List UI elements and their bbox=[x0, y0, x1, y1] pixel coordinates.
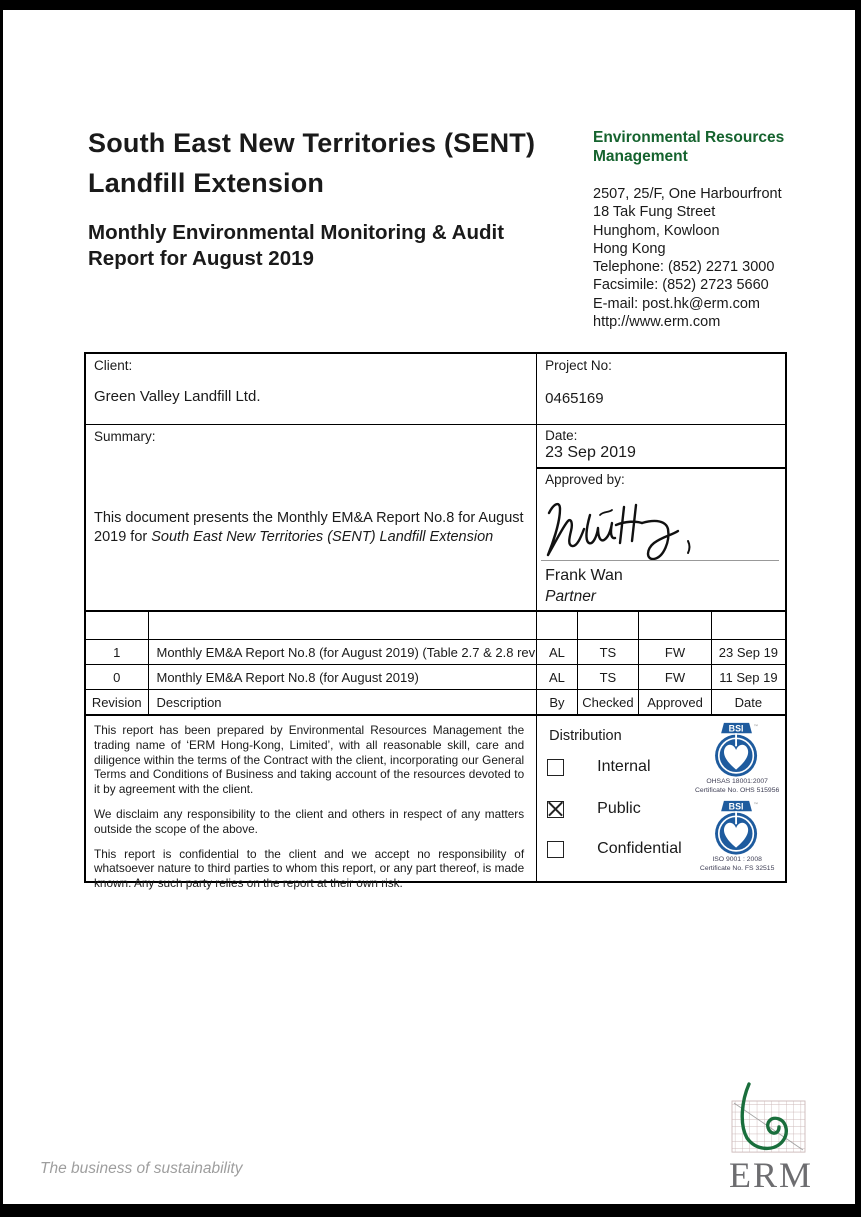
distribution-option-confidential: Confidential bbox=[547, 840, 682, 858]
erm-logo-text: ERM bbox=[729, 1155, 813, 1195]
bsi-logo-icon: BSI ™ bbox=[708, 722, 766, 778]
revision-by: AL bbox=[536, 664, 577, 689]
cert-number: Certificate No. FS 32515 bbox=[692, 865, 782, 874]
summary-text-italic: South East New Territories (SENT) Landfi… bbox=[151, 529, 493, 545]
info-table: Client: Green Valley Landfill Ltd. Proje… bbox=[84, 352, 787, 883]
signature-rule bbox=[541, 560, 779, 561]
empty-cell bbox=[577, 612, 639, 639]
revision-checked: TS bbox=[577, 664, 639, 689]
project-no-value: 0465169 bbox=[545, 390, 777, 407]
disclaimer-paragraph-3: This report is confidential to the clien… bbox=[94, 847, 524, 891]
title-line-1: South East New Territories (SENT) bbox=[88, 123, 568, 163]
date-value: 23 Sep 2019 bbox=[545, 444, 777, 462]
header-by: By bbox=[536, 689, 577, 714]
address-line: 2507, 25/F, One Harbourfront bbox=[593, 185, 833, 203]
fax-line: Facsimile: (852) 2723 5660 bbox=[593, 276, 833, 294]
confidential-checkbox[interactable] bbox=[547, 841, 564, 858]
revision-date: 23 Sep 19 bbox=[711, 639, 785, 664]
erm-logo: ERM bbox=[713, 1068, 828, 1196]
date-cell: Date: 23 Sep 2019 bbox=[537, 425, 785, 467]
revision-approved: FW bbox=[638, 639, 711, 664]
approver-name: Frank Wan bbox=[545, 567, 623, 585]
distribution-option-public: Public bbox=[547, 800, 641, 818]
svg-text:™: ™ bbox=[754, 724, 758, 729]
cert-standard: OHSAS 18001:2007 bbox=[692, 778, 782, 787]
summary-text: This document presents the Monthly EM&A … bbox=[94, 509, 534, 547]
summary-cell: Summary: This document presents the Mont… bbox=[86, 425, 536, 610]
cert-number: Certificate No. OHS 515956 bbox=[692, 787, 782, 796]
signature-image bbox=[541, 489, 701, 571]
subtitle-line-2: Report for August 2019 bbox=[88, 246, 568, 272]
client-value: Green Valley Landfill Ltd. bbox=[94, 388, 528, 405]
title-line-2: Landfill Extension bbox=[88, 163, 568, 203]
header-checked: Checked bbox=[577, 689, 639, 714]
header-approved: Approved bbox=[638, 689, 711, 714]
empty-cell bbox=[148, 612, 537, 639]
empty-cell bbox=[711, 612, 785, 639]
empty-cell bbox=[638, 612, 711, 639]
company-block: Environmental Resources Management 2507,… bbox=[593, 129, 833, 331]
empty-cell bbox=[86, 612, 148, 639]
svg-text:BSI: BSI bbox=[729, 801, 744, 811]
phone-line: Telephone: (852) 2271 3000 bbox=[593, 258, 833, 276]
cert-standard: ISO 9001 : 2008 bbox=[692, 856, 782, 865]
client-cell: Client: Green Valley Landfill Ltd. bbox=[86, 354, 536, 424]
internal-checkbox[interactable] bbox=[547, 759, 564, 776]
disclaimer-paragraph-2: We disclaim any responsibility to the cl… bbox=[94, 807, 524, 837]
date-approval-stack: Date: 23 Sep 2019 Approved by: bbox=[536, 425, 785, 610]
disclaimer-distribution-row: This report has been prepared by Environ… bbox=[86, 714, 785, 881]
svg-text:™: ™ bbox=[754, 802, 758, 807]
revision-by: AL bbox=[536, 639, 577, 664]
document-page: South East New Territories (SENT) Landfi… bbox=[3, 10, 855, 1204]
public-checkbox-checked[interactable] bbox=[547, 801, 564, 818]
revision-table: 1 Monthly EM&A Report No.8 (for August 2… bbox=[86, 610, 785, 714]
company-name: Environmental Resources Management bbox=[593, 129, 833, 166]
revision-number: 1 bbox=[86, 639, 148, 664]
bsi-certification-badge-ohsas: BSI ™ OHSAS 18001:2007 Certificate No. O… bbox=[692, 722, 782, 795]
company-name-line-1: Environmental Resources bbox=[593, 129, 833, 148]
approved-by-cell: Approved by: Frank Wan Partner bbox=[537, 467, 785, 610]
public-label: Public bbox=[597, 800, 641, 818]
report-subtitle: Monthly Environmental Monitoring & Audit… bbox=[88, 220, 568, 272]
revision-number: 0 bbox=[86, 664, 148, 689]
approver-title: Partner bbox=[545, 588, 596, 606]
bsi-certification-badge-iso: BSI ™ ISO 9001 : 2008 Certificate No. FS… bbox=[692, 800, 782, 873]
bsi-logo-icon: BSI ™ bbox=[708, 800, 766, 856]
distribution-label: Distribution bbox=[549, 728, 622, 744]
header-revision: Revision bbox=[86, 689, 148, 714]
address-line: Hunghom, Kowloon bbox=[593, 222, 833, 240]
company-address: 2507, 25/F, One Harbourfront 18 Tak Fung… bbox=[593, 185, 833, 331]
revision-date: 11 Sep 19 bbox=[711, 664, 785, 689]
date-label: Date: bbox=[545, 428, 777, 443]
project-no-label: Project No: bbox=[545, 358, 777, 373]
website-line: http://www.erm.com bbox=[593, 313, 833, 331]
revision-description: Monthly EM&A Report No.8 (for August 201… bbox=[148, 664, 537, 689]
header-date: Date bbox=[711, 689, 785, 714]
approved-by-label: Approved by: bbox=[545, 472, 777, 487]
revision-checked: TS bbox=[577, 639, 639, 664]
disclaimer-paragraph-1: This report has been prepared by Environ… bbox=[94, 723, 524, 797]
page-title: South East New Territories (SENT) Landfi… bbox=[88, 123, 568, 203]
company-name-line-2: Management bbox=[593, 148, 833, 167]
summary-approval-row: Summary: This document presents the Mont… bbox=[86, 424, 785, 610]
address-line: Hong Kong bbox=[593, 240, 833, 258]
revision-approved: FW bbox=[638, 664, 711, 689]
email-line: E-mail: post.hk@erm.com bbox=[593, 295, 833, 313]
project-no-cell: Project No: 0465169 bbox=[536, 354, 785, 424]
internal-label: Internal bbox=[597, 758, 650, 776]
address-line: 18 Tak Fung Street bbox=[593, 203, 833, 221]
subtitle-line-1: Monthly Environmental Monitoring & Audit bbox=[88, 220, 568, 246]
company-tagline: The business of sustainability bbox=[40, 1160, 242, 1178]
disclaimer-cell: This report has been prepared by Environ… bbox=[86, 716, 536, 881]
distribution-option-internal: Internal bbox=[547, 758, 650, 776]
empty-cell bbox=[536, 612, 577, 639]
client-label: Client: bbox=[94, 358, 528, 373]
distribution-cell: Distribution Internal Public Confidentia… bbox=[536, 716, 785, 881]
revision-description: Monthly EM&A Report No.8 (for August 201… bbox=[148, 639, 537, 664]
summary-label: Summary: bbox=[94, 429, 528, 444]
title-block: South East New Territories (SENT) Landfi… bbox=[88, 123, 568, 272]
header-description: Description bbox=[148, 689, 537, 714]
confidential-label: Confidential bbox=[597, 840, 682, 858]
svg-text:BSI: BSI bbox=[729, 723, 744, 733]
client-project-row: Client: Green Valley Landfill Ltd. Proje… bbox=[86, 354, 785, 424]
